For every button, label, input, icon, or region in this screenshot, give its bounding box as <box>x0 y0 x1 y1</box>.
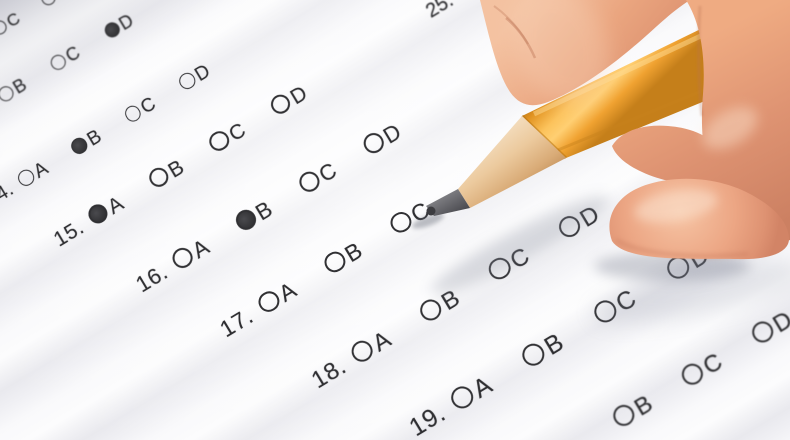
question-number: 17. <box>215 302 258 342</box>
answer-option: A <box>447 371 498 417</box>
answer-bubble <box>39 0 59 8</box>
knuckle-crease <box>494 6 528 44</box>
answer-row-18: 18.A B C D <box>307 184 633 395</box>
curled-fingers <box>686 0 790 244</box>
answer-option: D <box>101 10 138 43</box>
index-finger-highlight <box>492 0 628 121</box>
answer-option: A <box>254 277 301 320</box>
answer-option: B <box>68 126 106 161</box>
answer-option: C <box>206 119 250 159</box>
answer-option: B <box>232 196 277 237</box>
finger-seam <box>699 6 702 116</box>
answer-option: C <box>386 197 434 240</box>
pencil <box>426 2 790 216</box>
question-number: 16. <box>131 259 172 297</box>
pencil-body <box>522 2 790 158</box>
question-number: 18. <box>307 353 352 395</box>
thumb <box>612 126 725 184</box>
question-number-25: 25. <box>422 0 458 23</box>
answer-option: C <box>0 9 24 41</box>
answer-option: C <box>122 93 161 128</box>
answer-option: B <box>416 285 465 329</box>
question-number: 4. <box>0 179 18 206</box>
fingertip-highlight <box>632 184 720 228</box>
index-finger <box>480 0 690 105</box>
answer-option: C <box>590 285 642 332</box>
answer-option: C <box>295 158 341 200</box>
question-number: 19. <box>405 399 452 440</box>
thumb-highlight <box>696 98 765 157</box>
answer-option: D <box>359 119 405 161</box>
answer-option: A <box>347 326 396 370</box>
answer-option: D <box>38 0 73 11</box>
answer-option: B <box>609 390 658 434</box>
answer-option: D <box>662 241 714 288</box>
answer-row-15: 15.A B C D <box>50 67 337 253</box>
answer-option: A <box>85 192 128 231</box>
pencil-highlight <box>534 12 752 114</box>
answer-option: D <box>268 82 312 122</box>
answer-sheet-photo: C D B C D 4.A B C D 15.A B C D 16.A B C … <box>0 0 790 440</box>
answer-option: B <box>320 237 367 280</box>
answer-row-12: C D <box>0 0 93 40</box>
answer-option: B <box>0 74 30 107</box>
answer-option: D <box>747 306 790 351</box>
answer-option: A <box>15 158 53 193</box>
paint-edge <box>522 116 566 158</box>
answer-option: D <box>555 201 605 246</box>
answer-option: B <box>146 156 189 195</box>
pencil-wood <box>458 116 566 208</box>
answer-option: C <box>485 243 535 288</box>
answer-option: D <box>176 61 215 96</box>
answer-option: C <box>47 42 84 75</box>
knuckle-crease <box>506 18 535 58</box>
answer-row-19: 19.A B C D <box>405 223 744 440</box>
pencil-facet-line <box>558 58 782 150</box>
question-number: 15. <box>50 216 89 253</box>
answer-option: A <box>168 234 213 275</box>
answer-option: B <box>518 328 569 374</box>
answer-row-16: 16.A B C D <box>131 103 431 297</box>
answer-option: C <box>678 348 728 393</box>
